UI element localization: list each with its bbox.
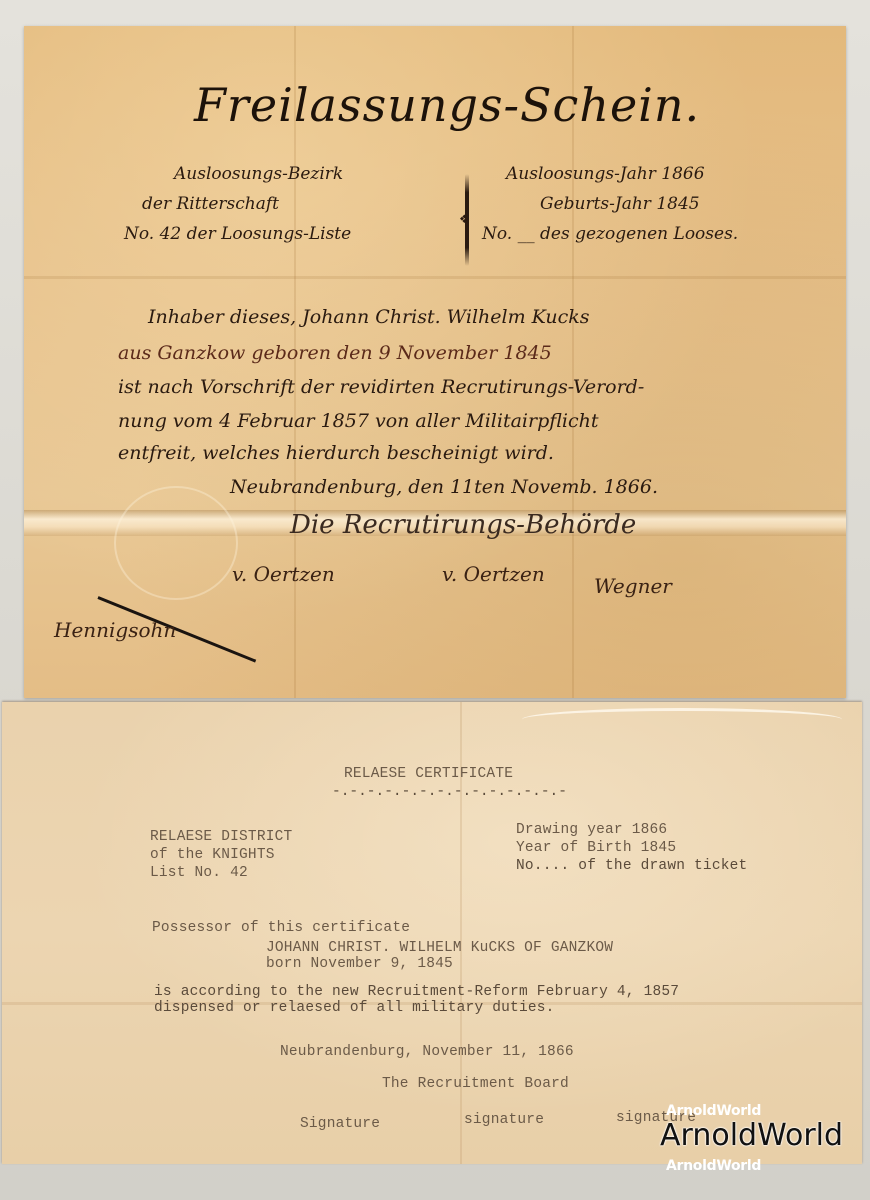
birth-date: born November 9, 1845 (266, 956, 453, 972)
body-line: is according to the new Recruitment-Refo… (154, 984, 679, 1000)
right-header-line: Ausloosungs-Jahr 1866 (506, 164, 705, 184)
signature-line: signature (464, 1112, 544, 1128)
signature-line: Signature (300, 1116, 380, 1132)
left-header-line: Ausloosungs-Bezirk (174, 164, 343, 184)
typed-translation: RELAESE CERTIFICATE -.-.-.-.-.-.-.-.-.-.… (2, 702, 862, 1164)
right-header-line: Geburts-Jahr 1845 (540, 194, 700, 214)
body-line: entfreit, welches hierdurch bescheinigt … (118, 442, 554, 464)
possessor-label: Possessor of this certificate (152, 920, 410, 936)
possessor-name: JOHANN CHRIST. WILHELM KuCKS OF GANZKOW (266, 940, 613, 956)
embossed-seal (114, 486, 238, 600)
left-header-line: No. 42 der Loosungs-Liste (124, 224, 351, 244)
title-rule: -.-.-.-.-.-.-.-.-.-.-.-.-.- (332, 784, 567, 800)
right-header-line: Year of Birth 1845 (516, 840, 676, 856)
left-header-line: der Ritterschaft (142, 194, 279, 214)
left-header-line: List No. 42 (150, 865, 248, 881)
body-line: nung vom 4 Februar 1857 von aller Milita… (118, 410, 599, 432)
ornament-divider-icon (465, 174, 469, 266)
left-header-line: of the KNIGHTS (150, 847, 275, 863)
german-release-certificate: Freilassungs-Schein. Ausloosungs-Bezirk … (24, 26, 846, 698)
signature: v. Oertzen (232, 562, 335, 586)
right-header-line: No. __ des gezogenen Looses. (482, 224, 738, 244)
board-title: The Recruitment Board (382, 1076, 569, 1092)
signature: v. Oertzen (442, 562, 545, 586)
tape-curl (522, 708, 842, 731)
body-line: Inhaber dieses, Johann Christ. Wilhelm K… (148, 306, 590, 328)
body-line: ist nach Vorschrift der revidirten Recru… (118, 376, 644, 398)
watermark-top: ArnoldWorld (666, 1103, 761, 1119)
right-header-line: Drawing year 1866 (516, 822, 667, 838)
body-line: dispensed or relaesed of all military du… (154, 1000, 555, 1016)
certificate-title: Freilassungs-Schein. (194, 78, 700, 132)
watermark-main: ArnoldWorld (660, 1118, 843, 1153)
signature: Wegner (594, 574, 672, 598)
signature: Hennigsohn (54, 618, 176, 642)
authority-title: Die Recrutirungs-Behörde (290, 510, 636, 540)
left-header-line: RELAESE DISTRICT (150, 829, 292, 845)
place-date: Neubrandenburg, den 11ten Novemb. 1866. (230, 476, 658, 498)
right-header-line: No.... of the drawn ticket (516, 858, 747, 874)
translation-title: RELAESE CERTIFICATE (344, 766, 513, 782)
place-date: Neubrandenburg, November 11, 1866 (280, 1044, 574, 1060)
watermark-bottom: ArnoldWorld (666, 1158, 761, 1174)
body-line: aus Ganzkow geboren den 9 November 1845 (118, 342, 552, 364)
paper-fold (24, 276, 846, 279)
